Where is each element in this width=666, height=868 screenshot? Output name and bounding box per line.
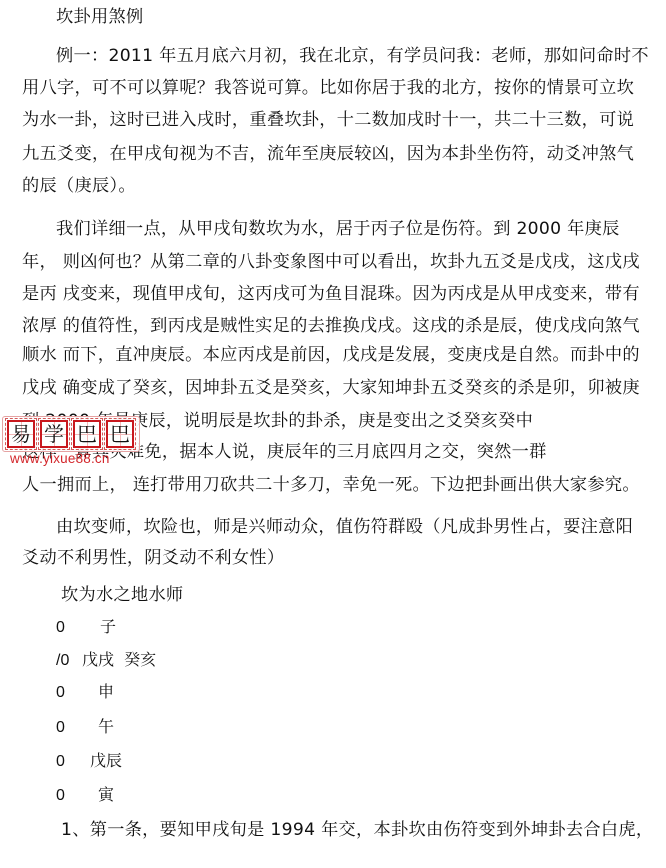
watermark-char: 巴 [73, 420, 101, 448]
yao-text: 午 [96, 717, 114, 736]
yao-mark: /0 [56, 650, 82, 672]
watermark-logo: 易 学 巴 巴 [2, 416, 140, 452]
watermark-char: 学 [40, 420, 68, 448]
yao-text: 戊辰 [90, 751, 122, 770]
paragraph-line: 我们详细一点，从甲戌旬数坎为水，居于丙子位是伤符。到 2000 年庚辰 [56, 218, 620, 240]
yao-text: 子 [96, 617, 116, 636]
yao-mark: 0 [56, 785, 96, 807]
paragraph-line: 是丙 戌变来，现值甲戌旬，这丙戌可为鱼目混珠。因为丙戌是从甲戌变来，带有 [22, 283, 640, 305]
hexagram-line: /0戊戌 癸亥 [56, 649, 156, 672]
yao-text: 寅 [96, 785, 114, 804]
paragraph-line: 为水一卦，这时已进入戌时，重叠坎卦，十二数加戌时十一，共二十三数，可说 [22, 109, 634, 131]
hexagram-line: 0寅 [56, 784, 114, 807]
paragraph-line: 人一拥而上， 连打带用刀砍共二十多刀，幸免一死。下边把卦画出供大家参究。 [22, 474, 640, 496]
yao-text: 申 [96, 682, 114, 701]
paragraph-line: 九五爻变，在甲戌旬视为不吉，流年至庚辰较凶，因为本卦坐伤符，动爻冲煞气 [22, 143, 634, 165]
hexagram-title: 坎为水之地水师 [61, 584, 183, 606]
paragraph-line: 浓厚 的值符性，到丙戌是贼性实足的去推换戊戌。这戌的杀是辰，使戊戌向煞气 [22, 315, 640, 337]
watermark-char: 巴 [106, 420, 134, 448]
hexagram-line: 0子 [56, 616, 116, 639]
yao-mark: 0 [56, 717, 96, 739]
watermark-url: www.yixue88.cn [10, 451, 110, 466]
paragraph-line: 年， 则凶何也？从第二章的八卦变象图中可以看出，坎卦九五爻是戊戌，这戊戌 [22, 251, 640, 273]
paragraph-line: 用八字，可不可以算呢？我答说可算。比如你居于我的北方，按你的情景可立坎 [22, 77, 634, 99]
paragraph-line: 戊戌 确变成了癸亥，因坤卦五爻是癸亥，大家知坤卦五爻癸亥的杀是卯，卯被庚 [22, 377, 640, 399]
paragraph-line: 顺水 而下，直冲庚辰。本应丙戌是前因，戊戌是发展，变庚戌是自然。而卦中的 [22, 344, 640, 366]
yao-mark: 0 [56, 617, 96, 639]
hexagram-line: 0戊辰 [56, 750, 122, 773]
paragraph-line: 的辰（庚辰）。 [22, 175, 136, 197]
watermark-char: 易 [7, 420, 35, 448]
hexagram-line: 0午 [56, 716, 114, 739]
document-page: 坎卦用煞例 例一：2011 年五月底六月初，我在北京，有学员问我：老师，那如问命… [0, 0, 666, 868]
list-item-1: 1、第一条，要知甲戌旬是 1994 年交，本卦坎由伤符变到外坤卦去合白虎， [61, 819, 653, 841]
paragraph-line: 例一：2011 年五月底六月初，我在北京，有学员问我：老师，那如问命时不 [56, 45, 649, 67]
paragraph-line: 由坎变师，坎险也，师是兴师动众，值伤符群殴（凡成卦男性占，要注意阳 [56, 516, 633, 538]
document-title: 坎卦用煞例 [56, 6, 143, 28]
yao-mark: 0 [56, 682, 96, 704]
yao-text: 戊戌 癸亥 [82, 650, 156, 669]
hexagram-line: 0申 [56, 681, 114, 704]
yao-mark: 0 [56, 751, 90, 773]
paragraph-line: 爻动不利男性，阴爻动不利女性） [22, 547, 284, 569]
